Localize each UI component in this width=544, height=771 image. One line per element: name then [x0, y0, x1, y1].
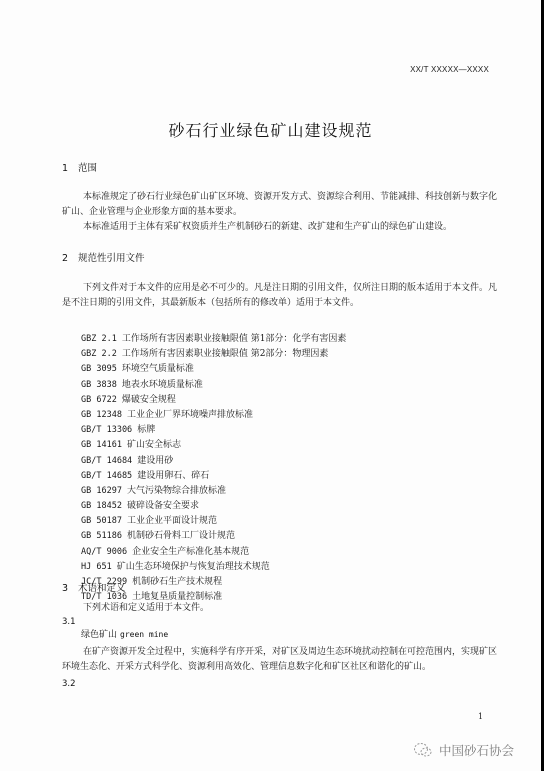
- term-definition: 在矿产资源开发全过程中，实施科学有序开采，对矿区及周边生态环境扰动控制在可控范围…: [62, 645, 502, 675]
- list-item: GB 3095环境空气质量标准: [81, 362, 346, 377]
- list-item: GBZ 2.1工作场所有害因素职业接触限值 第1部分：化学有害因素: [81, 332, 346, 347]
- paragraph: 本标准适用于主体有采矿权资质并生产机制砂石的新建、改扩建和生产矿山的绿色矿山建设…: [62, 220, 502, 235]
- list-item: HJ 651矿山生态环境保护与恢复治理技术规范: [81, 560, 346, 575]
- watermark: 中国砂石协会: [413, 741, 514, 759]
- list-item: GB 14161矿山安全标志: [81, 438, 346, 453]
- section-number: 3: [62, 583, 78, 594]
- list-item: GB/T 14685建设用卵石、碎石: [81, 469, 346, 484]
- standard-code: XX/T XXXXX—XXXX: [410, 65, 489, 74]
- list-item: GB 12348工业企业厂界环境噪声排放标准: [81, 408, 346, 423]
- list-item: GB 18452破碎设备安全要求: [81, 499, 346, 514]
- list-item: GBZ 2.2工作场所有害因素职业接触限值 第2部分：物理因素: [81, 347, 346, 362]
- document-title: 砂石行业绿色矿山建设规范: [0, 118, 541, 141]
- list-item: GB 6722爆破安全规程: [81, 393, 346, 408]
- list-item: GB/T 14684建设用砂: [81, 454, 346, 469]
- paragraph: 下列术语和定义适用于本文件。: [62, 601, 502, 616]
- list-item: GB 51186机制砂石骨料工厂设计规范: [81, 529, 346, 544]
- section-number: 1: [62, 163, 78, 174]
- list-item: GB 16297大气污染物综合排放标准: [81, 484, 346, 499]
- term-number: 3.1: [62, 617, 76, 627]
- section-title: 术语和定义: [78, 583, 126, 594]
- wechat-icon: [413, 742, 433, 758]
- section-heading-normative-references: 2规范性引用文件: [62, 250, 145, 264]
- term-number: 3.2: [62, 679, 76, 689]
- paragraph: 下列文件对于本文件的应用是必不可少的。凡是注日期的引用文件，仅所注日期的版本适用…: [62, 281, 502, 311]
- list-item: GB 3838地表水环境质量标准: [81, 378, 346, 393]
- term-name: 绿色矿山green mine: [81, 627, 168, 640]
- list-item: GB/T 13306标牌: [81, 423, 346, 438]
- section-title: 规范性引用文件: [78, 253, 145, 264]
- page-number: 1: [478, 712, 483, 721]
- section-heading-scope: 1范围: [62, 160, 97, 174]
- section-number: 2: [62, 253, 78, 264]
- list-item: GB 50187工业企业平面设计规范: [81, 514, 346, 529]
- document-page: XX/T XXXXX—XXXX 砂石行业绿色矿山建设规范 1范围 本标准规定了砂…: [0, 0, 541, 771]
- paragraph: 本标准规定了砂石行业绿色矿山矿区环境、资源开发方式、资源综合利用、节能减排、科技…: [62, 190, 502, 220]
- watermark-text: 中国砂石协会: [439, 741, 514, 759]
- reference-list: GBZ 2.1工作场所有害因素职业接触限值 第1部分：化学有害因素 GBZ 2.…: [81, 332, 346, 605]
- list-item: AQ/T 9006企业安全生产标准化基本规范: [81, 545, 346, 560]
- section-heading-terms-definitions: 3术语和定义: [62, 580, 126, 594]
- section-title: 范围: [78, 163, 97, 174]
